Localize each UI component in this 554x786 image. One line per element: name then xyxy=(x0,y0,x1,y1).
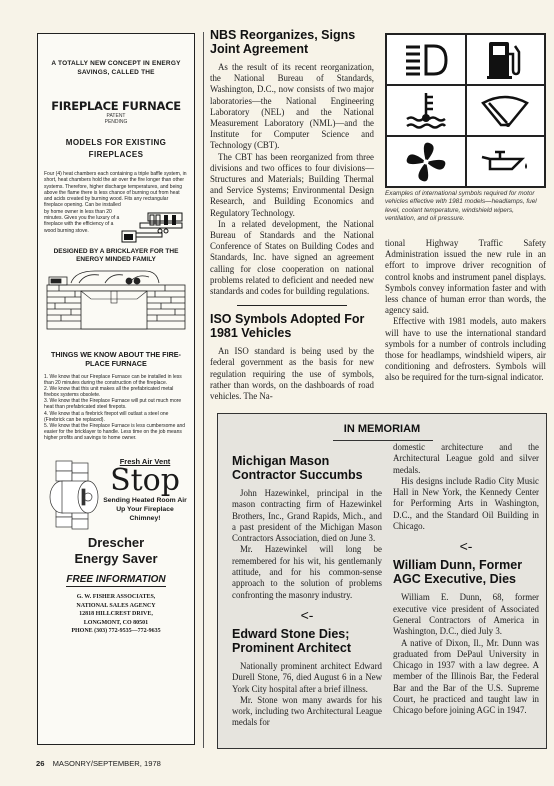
fresh-air-vent-ad: Fresh Air Vent Stop Sending Heated Room … xyxy=(44,455,188,533)
ad-models-heading: MODELS FOR EXISTING FIREPLACES xyxy=(44,137,188,161)
paragraph: The CBT has been reorganized from three … xyxy=(210,152,374,219)
drescher-energy-saver: Drescher Energy Saver xyxy=(44,535,188,567)
ventilation-fan-icon xyxy=(386,136,466,187)
figure-caption: Examples of international symbols requir… xyxy=(385,190,546,223)
windshield-wiper-icon xyxy=(466,85,546,136)
brick-fireplace-illustration-icon xyxy=(44,269,188,336)
arrow-separator-icon: <- xyxy=(393,538,539,554)
dunn-headline: William Dunn, Former AGC Executive, Dies xyxy=(393,558,539,586)
memoriam-column-left: Michigan Mason Contractor Succumbs John … xyxy=(232,454,382,729)
arrow-separator-icon: <- xyxy=(232,607,382,623)
oil-pressure-icon xyxy=(466,136,546,187)
sending-heated-text: Sending Heated Room Air Up Your Fireplac… xyxy=(102,496,188,523)
memoriam-title: IN MEMORIAM xyxy=(218,423,546,435)
title-underline xyxy=(333,440,433,441)
coolant-temperature-icon xyxy=(386,85,466,136)
air-vent-illustration-icon xyxy=(46,459,102,533)
in-memoriam-box: IN MEMORIAM Michigan Mason Contractor Su… xyxy=(217,413,547,749)
page-number: 26 xyxy=(36,759,44,768)
article-divider xyxy=(237,305,347,306)
fuel-pump-icon xyxy=(466,34,546,85)
free-information: FREE INFORMATION xyxy=(66,573,165,587)
paragraph: Nationally prominent architect Edward Du… xyxy=(232,661,382,695)
fact-item: 1. We know that our Fireplace Furnace ca… xyxy=(44,374,188,386)
column-divider xyxy=(203,32,204,748)
fact-item: 3. We know that the Fireplace Furnace wi… xyxy=(44,398,188,410)
fact-item: 4. We know that a firebrick firepot will… xyxy=(44,411,188,423)
memoriam-column-right: domestic architecture and the Architectu… xyxy=(393,442,539,717)
hazewinkel-headline: Michigan Mason Contractor Succumbs xyxy=(232,454,382,482)
stop-headline: Stop xyxy=(102,466,188,496)
patent-pending: PATENT PENDING xyxy=(44,113,188,125)
paragraph: An ISO standard is being used by the fed… xyxy=(210,346,374,402)
fireplace-furnace-ad: A TOTALLY NEW CONCEPT IN ENERGY SAVINGS,… xyxy=(37,33,195,745)
ad-brand: FIREPLACE FURNACE xyxy=(44,99,188,113)
paragraph: In a related development, the National B… xyxy=(210,219,374,297)
ad-intro: A TOTALLY NEW CONCEPT IN ENERGY SAVINGS,… xyxy=(44,60,188,77)
fact-item: 5. We know that the Fireplace Furnace is… xyxy=(44,423,188,441)
paragraph: As the result of its recent reorganizati… xyxy=(210,62,374,152)
publication-line: MASONRY/SEPTEMBER, 1978 xyxy=(53,759,161,768)
things-heading: THINGS WE KNOW ABOUT THE FIRE-PLACE FURN… xyxy=(44,350,188,368)
iso-article-continued: tional Highway Traffic Safety Administra… xyxy=(385,238,546,384)
paragraph: William E. Dunn, 68, former executive vi… xyxy=(393,592,539,637)
paragraph: Mr. Hazewinkel will long be remembered f… xyxy=(232,544,382,600)
paragraph: John Hazewinkel, principal in the mason … xyxy=(232,488,382,544)
iso-symbols-figure xyxy=(385,33,546,188)
paragraph: His designs include Radio City Music Hal… xyxy=(393,476,539,532)
paragraph: A native of Dixon, Il., Mr. Dunn was gra… xyxy=(393,638,539,717)
nbs-article: NBS Reorganizes, Signs Joint Agreement A… xyxy=(210,28,374,402)
heat-chamber-illustration-icon xyxy=(120,211,184,245)
paragraph: Effective with 1981 models, auto makers … xyxy=(385,316,546,383)
fact-item: 2. We know that this unit makes all the … xyxy=(44,386,188,398)
ad-description: Four (4) heat chambers each containing a… xyxy=(44,171,188,234)
paragraph: tional Highway Traffic Safety Administra… xyxy=(385,238,546,316)
iso-headline: ISO Symbols Adopted For 1981 Vehicles xyxy=(210,312,374,340)
paragraph: domestic architecture and the Architectu… xyxy=(393,442,539,476)
facts-list: 1. We know that our Fireplace Furnace ca… xyxy=(44,374,188,441)
stone-headline: Edward Stone Dies; Prominent Architect xyxy=(232,627,382,655)
ad-address: G. W. FISHER ASSOCIATES, NATIONAL SALES … xyxy=(44,593,188,636)
paragraph: Mr. Stone won many awards for his work, … xyxy=(232,695,382,729)
page-footer: 26 MASONRY/SEPTEMBER, 1978 xyxy=(36,759,161,768)
headlamp-icon xyxy=(386,34,466,85)
designed-by: DESIGNED BY A BRICKLAYER FOR THE ENERGY … xyxy=(44,248,188,265)
nbs-headline: NBS Reorganizes, Signs Joint Agreement xyxy=(210,28,374,56)
